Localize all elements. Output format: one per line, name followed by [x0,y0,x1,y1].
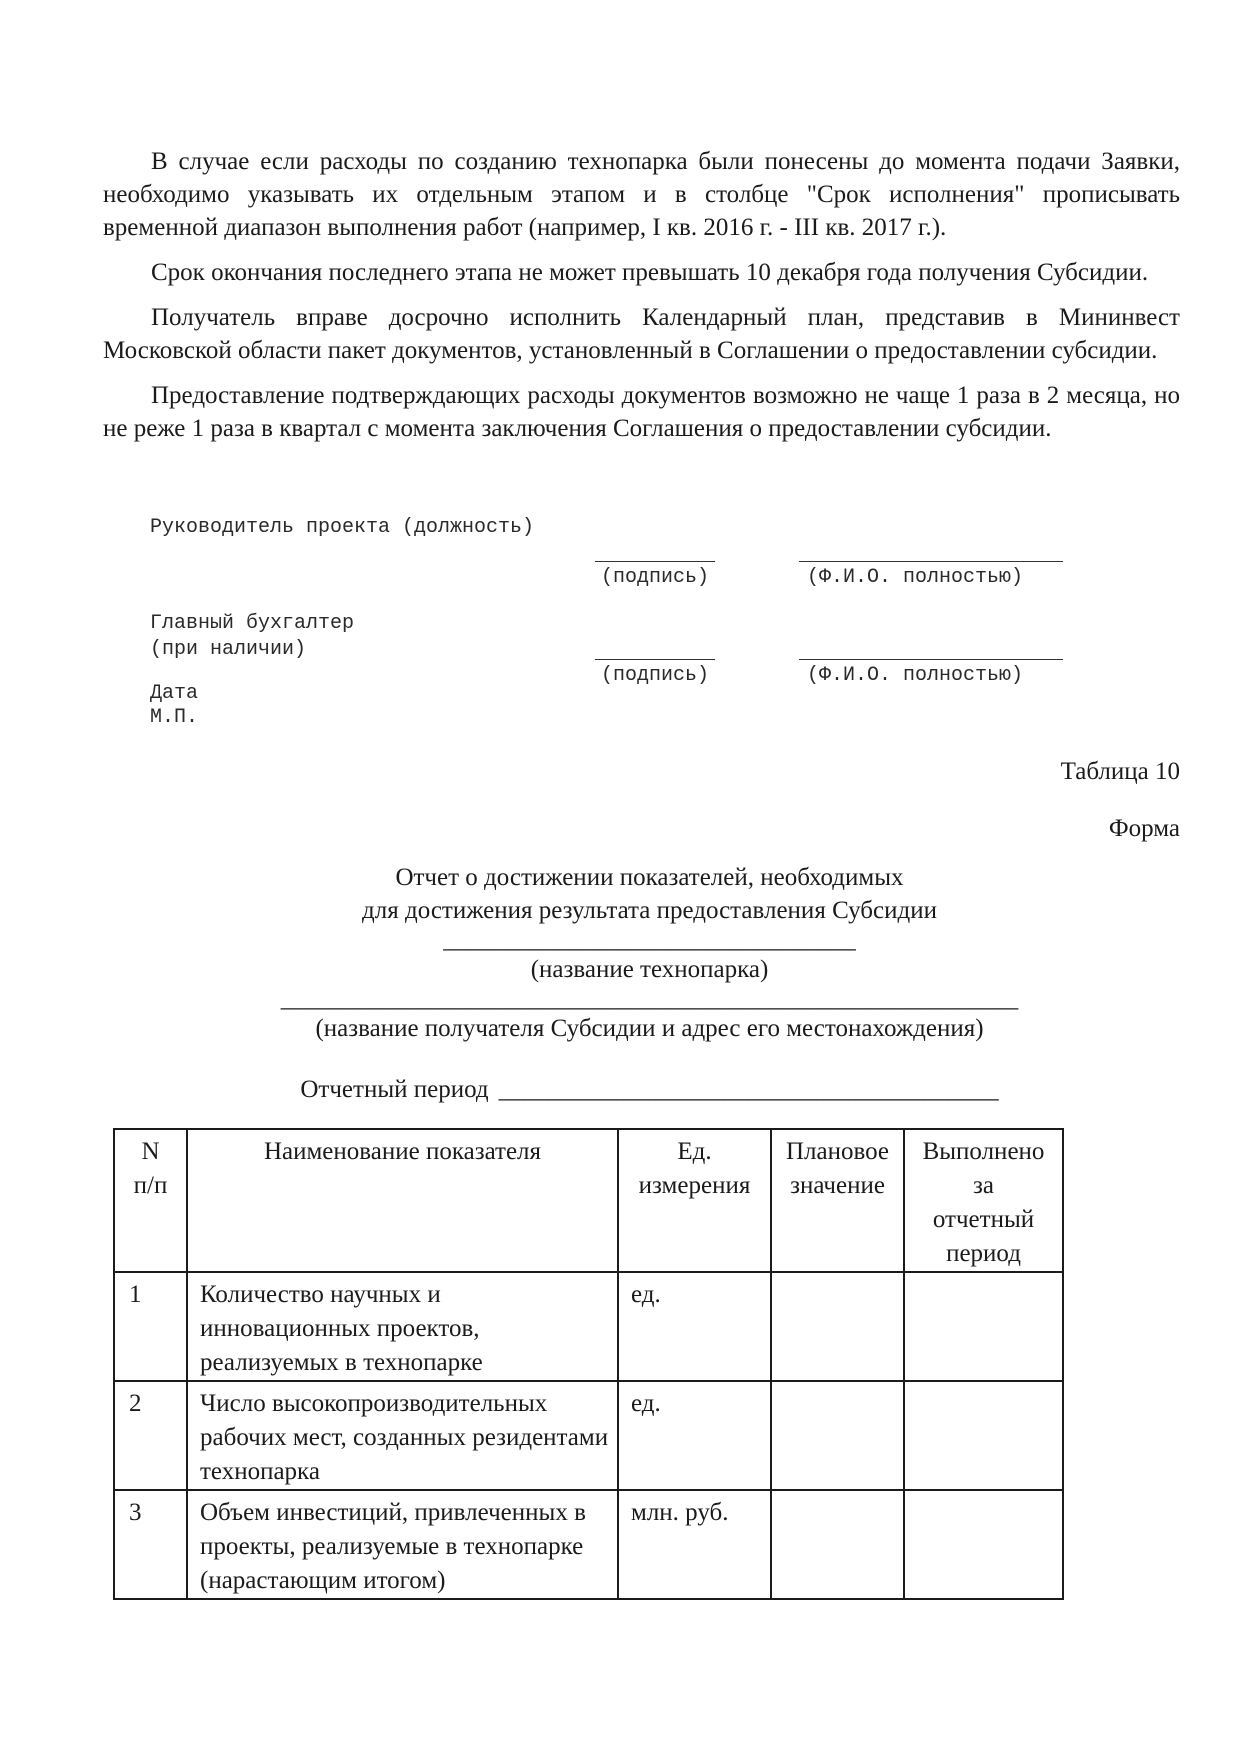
cell-planned-value [771,1381,904,1490]
col-header-completed: Выполнено за отчетный период [904,1129,1063,1272]
table-row: 2 Число высокопроизводительных рабочих м… [114,1381,1063,1490]
signature-caption-1: (подпись) [601,565,709,591]
chief-accountant-role-label: Главный бухгалтер [150,611,354,637]
col-header-unit: Ед. измерения [618,1129,771,1272]
cell-planned-value [771,1490,904,1599]
paragraph-expenses-note: В случае если расходы по созданию техноп… [103,145,1180,244]
report-period-label: Отчетный период [300,1076,488,1103]
cell-completed [904,1272,1063,1381]
signature-block: Руководитель проекта (должность) _______… [103,515,1180,731]
report-title-line-1: Отчет о достижении показателей, необходи… [119,861,1180,894]
cell-indicator-name: Количество научных и инновационных проек… [187,1272,618,1381]
paragraph-deadline-note: Срок окончания последнего этапа не может… [103,256,1180,289]
cell-number: 2 [114,1381,187,1490]
indicators-table: N п/п Наименование показателя Ед. измере… [113,1128,1064,1600]
project-head-role-label: Руководитель проекта (должность) [150,515,534,541]
document-page: В случае если расходы по созданию техноп… [0,0,1240,1754]
table-row: 1 Количество научных и инновационных про… [114,1272,1063,1381]
cell-number: 1 [114,1272,187,1381]
paragraph-confirming-documents-note: Предоставление подтверждающих расходы до… [103,379,1180,445]
paragraph-early-completion-note: Получатель вправе досрочно исполнить Кал… [103,301,1180,367]
report-title-line-2: для достижения результата предоставления… [119,894,1180,927]
table-row: 3 Объем инвестиций, привлеченных в проек… [114,1490,1063,1599]
cell-unit: ед. [618,1381,771,1490]
recipient-caption: (название получателя Субсидии и адрес ег… [119,1012,1180,1045]
report-header: Отчет о достижении показателей, необходи… [119,861,1180,1106]
technopark-caption: (название технопарка) [119,953,1180,986]
cell-indicator-name: Объем инвестиций, привлеченных в проекты… [187,1490,618,1599]
col-header-indicator-name: Наименование показателя [187,1129,618,1272]
cell-unit: ед. [618,1272,771,1381]
fio-caption-1: (Ф.И.О. полностью) [807,565,1023,591]
cell-indicator-name: Число высокопроизводительных рабочих мес… [187,1381,618,1490]
cell-planned-value [771,1272,904,1381]
col-header-number: N п/п [114,1129,187,1272]
seal-label: М.П. [150,705,198,731]
cell-unit: млн. руб. [618,1490,771,1599]
table-number-label: Таблица 10 [103,755,1180,788]
recipient-name-blank-line: ________________________________________… [119,986,1180,1012]
signature-caption-2: (подпись) [601,663,709,689]
report-period-row: Отчетный период_________________________… [119,1073,1180,1106]
document-content: В случае если расходы по созданию техноп… [103,145,1180,1600]
cell-number: 3 [114,1490,187,1599]
col-header-planned-value: Плановое значение [771,1129,904,1272]
chief-accountant-note-label: (при наличии) [150,637,306,663]
table-header-row: N п/п Наименование показателя Ед. измере… [114,1129,1063,1272]
technopark-name-blank-line: _________________________________ [119,927,1180,953]
cell-completed [904,1490,1063,1599]
fio-caption-2: (Ф.И.О. полностью) [807,663,1023,689]
cell-completed [904,1381,1063,1490]
form-label: Форма [103,812,1180,845]
date-label: Дата [150,681,198,707]
report-period-blank-line: ________________________________________ [499,1076,999,1103]
